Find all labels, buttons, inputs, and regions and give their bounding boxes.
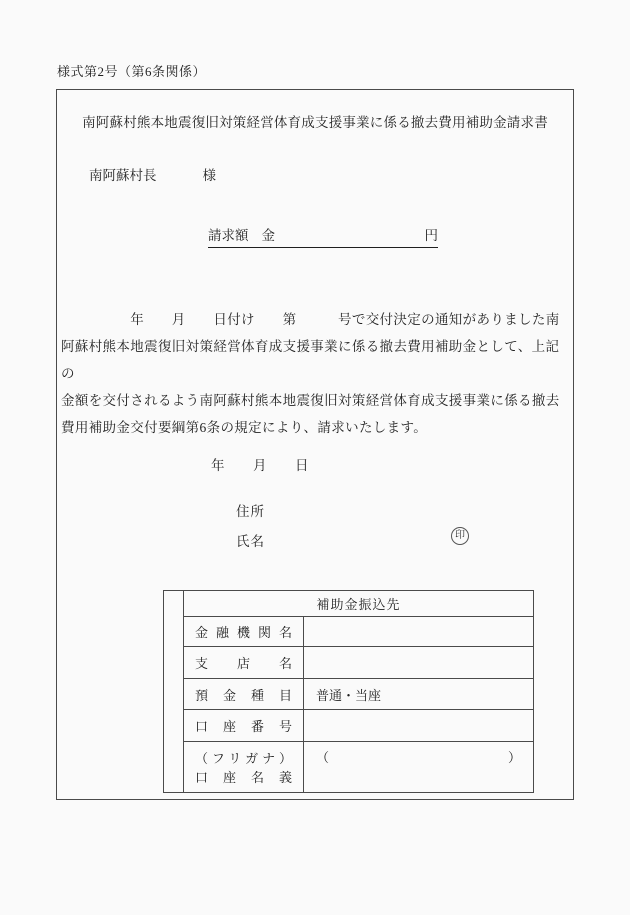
form-number: 様式第2号（第6条関係） xyxy=(57,61,206,80)
form-border-box: 南阿蘇村熊本地震復旧対策経営体育成支援事業に係る撤去費用補助金請求書 南阿蘇村長… xyxy=(56,89,574,800)
row-label-text: 口座番号 xyxy=(195,716,292,735)
addressee-line: 南阿蘇村長 様 xyxy=(89,164,216,184)
addressee-name: 南阿蘇村長 xyxy=(89,164,157,184)
row-label-text: 支店名 xyxy=(195,653,292,672)
row-label-financial-institution: 金融機関名 xyxy=(184,617,304,647)
row-value-account-number xyxy=(304,710,533,742)
addressee-honorific: 様 xyxy=(203,164,217,184)
row-value-branch-name xyxy=(304,647,533,679)
seal-character: 印 xyxy=(455,531,465,541)
body-line-4: 費用補助金交付要綱第6条の規定により、請求いたします。 xyxy=(61,414,573,441)
body-line-2: 阿蘇村熊本地震復旧対策経営体育成支援事業に係る撤去費用補助金として、上記の xyxy=(61,333,573,387)
row-label-account-holder-text: 口座名義 xyxy=(195,767,292,786)
row-label-deposit-type: 預金種目 xyxy=(184,679,304,710)
address-label: 住所 xyxy=(236,500,265,520)
furigana-open-paren: （ xyxy=(316,747,329,766)
row-label-text: 金融機関名 xyxy=(195,622,292,641)
bank-transfer-table: 補助金振込先 金融機関名 支店名 預金種目 普通・当座 口座番号 （フリガナ） … xyxy=(163,590,534,793)
body-line-3: 金額を交付されるよう南阿蘇村熊本地震復旧対策経営体育成支援事業に係る撤去 xyxy=(61,387,573,414)
row-label-account-holder: （フリガナ） 口座名義 xyxy=(184,742,304,792)
claim-amount-currency-prefix: 金 xyxy=(262,227,276,245)
claim-amount-suffix: 円 xyxy=(425,227,439,245)
seal-mark-icon: 印 xyxy=(451,527,469,545)
row-label-furigana: （フリガナ） xyxy=(195,748,292,767)
claim-amount-line: 請求額 金 円 xyxy=(208,227,438,248)
table-header-cell: 補助金振込先 xyxy=(184,591,533,617)
date-blank-line: 年 月 日 xyxy=(211,454,309,474)
body-line-1: 年 月 日付け 第 号で交付決定の通知がありました南 xyxy=(61,306,573,333)
row-value-financial-institution xyxy=(304,617,533,647)
form-title: 南阿蘇村熊本地震復旧対策経営体育成支援事業に係る撤去費用補助金請求書 xyxy=(57,111,573,131)
table-side-column xyxy=(164,591,184,792)
row-value-account-holder: （ ） xyxy=(304,742,533,792)
document-page: 様式第2号（第6条関係） 南阿蘇村熊本地震復旧対策経営体育成支援事業に係る撤去費… xyxy=(0,0,630,915)
name-label: 氏名 xyxy=(236,530,265,550)
row-label-branch-name: 支店名 xyxy=(184,647,304,679)
row-label-account-number: 口座番号 xyxy=(184,710,304,742)
row-label-text: 預金種目 xyxy=(195,685,292,704)
row-value-deposit-type: 普通・当座 xyxy=(304,679,533,710)
request-body-paragraph: 年 月 日付け 第 号で交付決定の通知がありました南 阿蘇村熊本地震復旧対策経営… xyxy=(61,306,573,441)
furigana-close-paren: ） xyxy=(508,747,521,766)
claim-amount-label: 請求額 xyxy=(208,227,249,245)
